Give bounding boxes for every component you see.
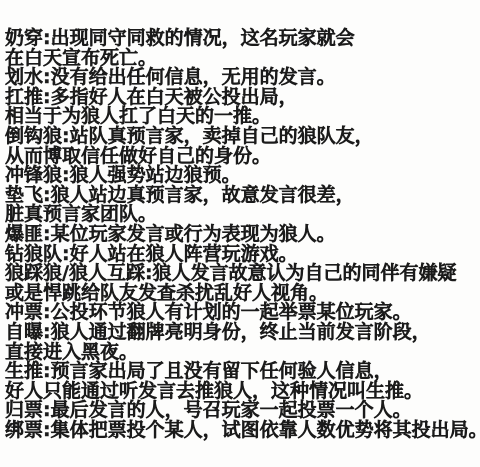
text-line: 自曝:狼人通过翻牌亮明身份，终止当前发言阶段， (5, 323, 480, 343)
text-line: 奶穿:出现同守同救的情况，这名玩家就会 (5, 29, 480, 49)
text-line: 划水:没有给出任何信息，无用的发言。 (5, 68, 480, 88)
text-line: 冲锋狼:狼人强势站边狼预。 (5, 166, 480, 186)
glossary-page: 奶穿:出现同守同救的情况，这名玩家就会在白天宣布死亡。划水:没有给出任何信息，无… (0, 0, 480, 467)
text-line: 归票:最后发言的人，号召玩家一起投票一个人。 (5, 401, 480, 421)
glossary-text-block: 奶穿:出现同守同救的情况，这名玩家就会在白天宣布死亡。划水:没有给出任何信息，无… (5, 29, 480, 440)
text-line: 爆匪:某位玩家发言或行为表现为狼人。 (5, 225, 480, 245)
text-line: 绑票:集体把票投个某人，试图依靠人数优势将其投出局。 (5, 421, 480, 441)
text-line: 生推:预言家出局了且没有留下任何验人信息， (5, 362, 480, 382)
text-line: 脏真预言家团队。 (5, 205, 480, 225)
text-line: 狼踩狼/狼人互踩:狼人发言故意认为自己的同伴有嫌疑 (5, 264, 480, 284)
text-line: 倒钩狼:站队真预言家，卖掉自己的狼队友， (5, 127, 480, 147)
text-line: 冲票:公投环节狼人有计划的一起举票某位玩家。 (5, 303, 480, 323)
